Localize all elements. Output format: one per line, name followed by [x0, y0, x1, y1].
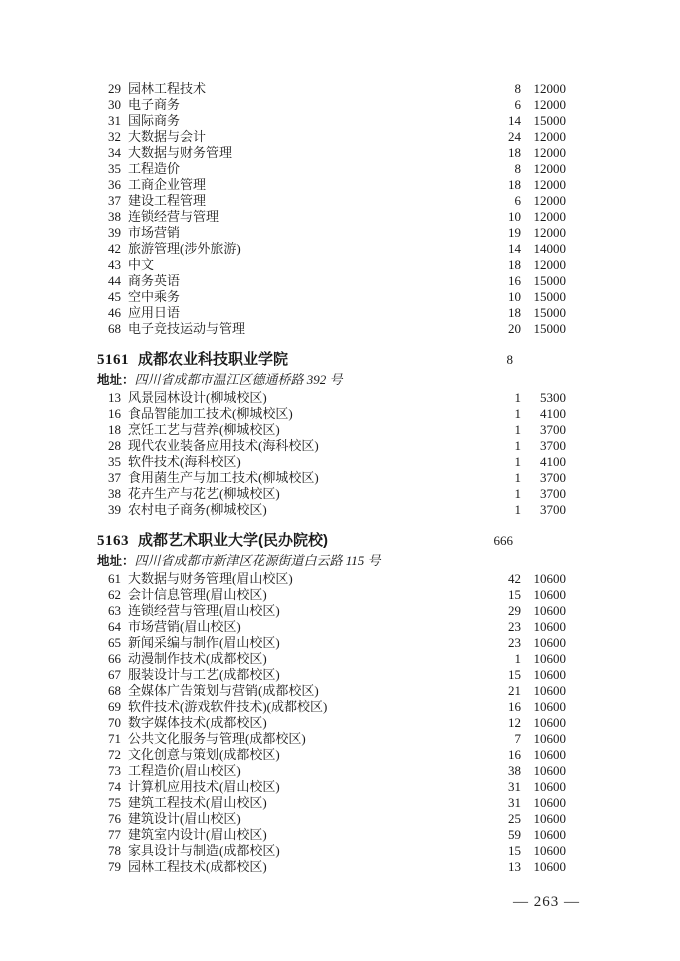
major-name: 文化创意与策划(成都校区): [121, 747, 467, 763]
tuition-fee: 3700: [521, 438, 566, 454]
plan-count: 6: [467, 97, 521, 113]
major-name: 建筑工程技术(眉山校区): [121, 795, 467, 811]
major-number: 78: [97, 843, 121, 859]
major-row: 72 文化创意与策划(成都校区) 16 10600: [97, 747, 566, 763]
major-row: 16 食品智能加工技术(柳城校区) 1 4100: [97, 406, 566, 422]
major-name: 花卉生产与花艺(柳城校区): [121, 486, 467, 502]
major-name: 动漫制作技术(成都校区): [121, 651, 467, 667]
college-code: 5161: [97, 352, 129, 368]
address-text: 四川省成都市温江区德通桥路 392 号: [135, 372, 343, 387]
college-address-line: 地址：四川省成都市温江区德通桥路 392 号: [97, 370, 566, 390]
major-number: 34: [97, 145, 121, 161]
college-row-list: 13 风景园林设计(柳城校区) 1 5300 16 食品智能加工技术(柳城校区)…: [97, 390, 566, 518]
plan-count: 31: [467, 795, 521, 811]
tuition-fee: 10600: [521, 619, 566, 635]
major-row: 38 连锁经营与管理 10 12000: [97, 209, 566, 225]
major-row: 29 园林工程技术 8 12000: [97, 81, 566, 97]
major-row: 38 花卉生产与花艺(柳城校区) 1 3700: [97, 486, 566, 502]
major-name: 国际商务: [121, 113, 467, 129]
major-row: 35 软件技术(海科校区) 1 4100: [97, 454, 566, 470]
major-number: 61: [97, 571, 121, 587]
major-name: 大数据与财务管理: [121, 145, 467, 161]
major-row: 39 市场营销 19 12000: [97, 225, 566, 241]
plan-count: 16: [467, 747, 521, 763]
major-name: 园林工程技术(成都校区): [121, 859, 467, 875]
major-row: 69 软件技术(游戏软件技术)(成都校区) 16 10600: [97, 699, 566, 715]
major-name: 工程造价: [121, 161, 467, 177]
tuition-fee: 10600: [521, 603, 566, 619]
major-row: 34 大数据与财务管理 18 12000: [97, 145, 566, 161]
major-name: 家具设计与制造(成都校区): [121, 843, 467, 859]
major-name: 旅游管理(涉外旅游): [121, 241, 467, 257]
major-row: 75 建筑工程技术(眉山校区) 31 10600: [97, 795, 566, 811]
tuition-fee: 15000: [521, 321, 566, 337]
plan-count: 7: [467, 731, 521, 747]
tuition-fee: 3700: [521, 470, 566, 486]
major-row: 45 空中乘务 10 15000: [97, 289, 566, 305]
major-name: 工程造价(眉山校区): [121, 763, 467, 779]
major-row: 79 园林工程技术(成都校区) 13 10600: [97, 859, 566, 875]
college-section: 5163成都艺术职业大学(民办院校) 666 地址：四川省成都市新津区花源街道白…: [97, 531, 566, 875]
plan-count: 1: [467, 470, 521, 486]
tuition-fee: 4100: [521, 406, 566, 422]
major-number: 46: [97, 305, 121, 321]
tuition-fee: 12000: [521, 81, 566, 97]
college-sections: 5161成都农业科技职业学院 8 地址：四川省成都市温江区德通桥路 392 号 …: [97, 350, 566, 875]
major-row: 36 工商企业管理 18 12000: [97, 177, 566, 193]
tuition-fee: 12000: [521, 257, 566, 273]
major-row: 32 大数据与会计 24 12000: [97, 129, 566, 145]
college-name: 成都艺术职业大学(民办院校): [138, 532, 328, 549]
college-total-count: 8: [467, 350, 521, 370]
college-section: 5161成都农业科技职业学院 8 地址：四川省成都市温江区德通桥路 392 号 …: [97, 350, 566, 518]
address-label: 地址：: [97, 373, 135, 387]
college-header: 5161成都农业科技职业学院 8: [97, 350, 566, 370]
tuition-fee: 15000: [521, 289, 566, 305]
plan-count: 18: [467, 305, 521, 321]
plan-count: 14: [467, 113, 521, 129]
major-number: 79: [97, 859, 121, 875]
major-name: 连锁经营与管理: [121, 209, 467, 225]
major-name: 烹饪工艺与营养(柳城校区): [121, 422, 467, 438]
tuition-fee: 15000: [521, 305, 566, 321]
major-name: 风景园林设计(柳城校区): [121, 390, 467, 406]
major-row: 43 中文 18 12000: [97, 257, 566, 273]
major-name: 中文: [121, 257, 467, 273]
major-row: 78 家具设计与制造(成都校区) 15 10600: [97, 843, 566, 859]
plan-count: 19: [467, 225, 521, 241]
plan-count: 15: [467, 667, 521, 683]
plan-count: 13: [467, 859, 521, 875]
row-list-continuation: 29 园林工程技术 8 12000 30 电子商务 6 12000 31 国际商…: [97, 81, 566, 337]
major-name: 农村电子商务(柳城校区): [121, 502, 467, 518]
plan-count: 15: [467, 587, 521, 603]
plan-count: 1: [467, 454, 521, 470]
major-name: 大数据与会计: [121, 129, 467, 145]
tuition-fee: 10600: [521, 667, 566, 683]
major-number: 32: [97, 129, 121, 145]
major-number: 73: [97, 763, 121, 779]
major-row: 42 旅游管理(涉外旅游) 14 14000: [97, 241, 566, 257]
plan-count: 1: [467, 390, 521, 406]
major-name: 数字媒体技术(成都校区): [121, 715, 467, 731]
page-number: — 263 —: [513, 894, 580, 911]
college-code: 5163: [97, 533, 129, 549]
plan-count: 38: [467, 763, 521, 779]
college-row-list: 61 大数据与财务管理(眉山校区) 42 10600 62 会计信息管理(眉山校…: [97, 571, 566, 875]
major-number: 31: [97, 113, 121, 129]
major-number: 63: [97, 603, 121, 619]
tuition-fee: 10600: [521, 811, 566, 827]
plan-count: 29: [467, 603, 521, 619]
major-row: 30 电子商务 6 12000: [97, 97, 566, 113]
major-name: 公共文化服务与管理(成都校区): [121, 731, 467, 747]
major-number: 36: [97, 177, 121, 193]
major-row: 35 工程造价 8 12000: [97, 161, 566, 177]
major-row: 61 大数据与财务管理(眉山校区) 42 10600: [97, 571, 566, 587]
major-number: 29: [97, 81, 121, 97]
major-row: 37 建设工程管理 6 12000: [97, 193, 566, 209]
plan-count: 20: [467, 321, 521, 337]
tuition-fee: 10600: [521, 635, 566, 651]
major-name: 市场营销(眉山校区): [121, 619, 467, 635]
plan-count: 18: [467, 145, 521, 161]
major-number: 69: [97, 699, 121, 715]
major-name: 全媒体广告策划与营销(成都校区): [121, 683, 467, 699]
major-row: 68 全媒体广告策划与营销(成都校区) 21 10600: [97, 683, 566, 699]
major-row: 67 服装设计与工艺(成都校区) 15 10600: [97, 667, 566, 683]
tuition-fee: 10600: [521, 731, 566, 747]
major-name: 建筑室内设计(眉山校区): [121, 827, 467, 843]
major-number: 39: [97, 502, 121, 518]
major-name: 软件技术(游戏软件技术)(成都校区): [121, 699, 467, 715]
plan-count: 18: [467, 257, 521, 273]
major-number: 45: [97, 289, 121, 305]
major-name: 工商企业管理: [121, 177, 467, 193]
major-row: 76 建筑设计(眉山校区) 25 10600: [97, 811, 566, 827]
plan-count: 10: [467, 209, 521, 225]
major-row: 74 计算机应用技术(眉山校区) 31 10600: [97, 779, 566, 795]
plan-count: 23: [467, 635, 521, 651]
plan-count: 23: [467, 619, 521, 635]
major-number: 70: [97, 715, 121, 731]
major-number: 16: [97, 406, 121, 422]
college-header: 5163成都艺术职业大学(民办院校) 666: [97, 531, 566, 551]
admission-plan-table: 29 园林工程技术 8 12000 30 电子商务 6 12000 31 国际商…: [97, 81, 566, 875]
major-number: 39: [97, 225, 121, 241]
plan-count: 1: [467, 486, 521, 502]
plan-count: 10: [467, 289, 521, 305]
plan-count: 21: [467, 683, 521, 699]
plan-count: 14: [467, 241, 521, 257]
major-name: 食品智能加工技术(柳城校区): [121, 406, 467, 422]
major-name: 大数据与财务管理(眉山校区): [121, 571, 467, 587]
major-row: 68 电子竞技运动与管理 20 15000: [97, 321, 566, 337]
plan-count: 8: [467, 161, 521, 177]
tuition-fee: 15000: [521, 113, 566, 129]
major-number: 77: [97, 827, 121, 843]
address-label: 地址：: [97, 554, 135, 568]
tuition-fee: 12000: [521, 161, 566, 177]
major-name: 建设工程管理: [121, 193, 467, 209]
tuition-fee: 12000: [521, 129, 566, 145]
major-name: 会计信息管理(眉山校区): [121, 587, 467, 603]
major-number: 76: [97, 811, 121, 827]
major-row: 28 现代农业装备应用技术(海科校区) 1 3700: [97, 438, 566, 454]
major-name: 服装设计与工艺(成都校区): [121, 667, 467, 683]
tuition-fee: 5300: [521, 390, 566, 406]
major-row: 65 新闻采编与制作(眉山校区) 23 10600: [97, 635, 566, 651]
tuition-fee: 10600: [521, 763, 566, 779]
major-number: 42: [97, 241, 121, 257]
major-number: 65: [97, 635, 121, 651]
tuition-fee: 12000: [521, 97, 566, 113]
plan-count: 1: [467, 406, 521, 422]
major-number: 35: [97, 454, 121, 470]
tuition-fee: 10600: [521, 651, 566, 667]
major-name: 计算机应用技术(眉山校区): [121, 779, 467, 795]
plan-count: 16: [467, 699, 521, 715]
major-row: 66 动漫制作技术(成都校区) 1 10600: [97, 651, 566, 667]
major-name: 市场营销: [121, 225, 467, 241]
tuition-fee: 10600: [521, 747, 566, 763]
plan-count: 42: [467, 571, 521, 587]
tuition-fee: 15000: [521, 273, 566, 289]
major-number: 72: [97, 747, 121, 763]
major-number: 71: [97, 731, 121, 747]
tuition-fee: 12000: [521, 209, 566, 225]
plan-count: 59: [467, 827, 521, 843]
tuition-fee: 14000: [521, 241, 566, 257]
tuition-fee: 12000: [521, 145, 566, 161]
major-number: 67: [97, 667, 121, 683]
major-name: 应用日语: [121, 305, 467, 321]
tuition-fee: 3700: [521, 502, 566, 518]
major-row: 44 商务英语 16 15000: [97, 273, 566, 289]
document-page: 29 园林工程技术 8 12000 30 电子商务 6 12000 31 国际商…: [0, 0, 680, 961]
plan-count: 12: [467, 715, 521, 731]
tuition-fee: 3700: [521, 422, 566, 438]
major-row: 77 建筑室内设计(眉山校区) 59 10600: [97, 827, 566, 843]
major-row: 62 会计信息管理(眉山校区) 15 10600: [97, 587, 566, 603]
major-name: 商务英语: [121, 273, 467, 289]
major-name: 连锁经营与管理(眉山校区): [121, 603, 467, 619]
tuition-fee: 10600: [521, 587, 566, 603]
major-number: 68: [97, 683, 121, 699]
tuition-fee: 10600: [521, 795, 566, 811]
plan-count: 24: [467, 129, 521, 145]
plan-count: 1: [467, 438, 521, 454]
plan-count: 15: [467, 843, 521, 859]
major-row: 39 农村电子商务(柳城校区) 1 3700: [97, 502, 566, 518]
major-number: 37: [97, 193, 121, 209]
plan-count: 8: [467, 81, 521, 97]
tuition-fee: 12000: [521, 177, 566, 193]
major-name: 现代农业装备应用技术(海科校区): [121, 438, 467, 454]
major-name: 园林工程技术: [121, 81, 467, 97]
tuition-fee: 10600: [521, 699, 566, 715]
major-number: 13: [97, 390, 121, 406]
major-number: 66: [97, 651, 121, 667]
major-row: 63 连锁经营与管理(眉山校区) 29 10600: [97, 603, 566, 619]
tuition-fee: 10600: [521, 859, 566, 875]
major-name: 新闻采编与制作(眉山校区): [121, 635, 467, 651]
major-number: 18: [97, 422, 121, 438]
major-row: 64 市场营销(眉山校区) 23 10600: [97, 619, 566, 635]
tuition-fee: 10600: [521, 683, 566, 699]
tuition-fee: 10600: [521, 827, 566, 843]
major-number: 62: [97, 587, 121, 603]
major-row: 18 烹饪工艺与营养(柳城校区) 1 3700: [97, 422, 566, 438]
major-number: 64: [97, 619, 121, 635]
plan-count: 1: [467, 651, 521, 667]
college-total-count: 666: [467, 531, 521, 551]
major-number: 30: [97, 97, 121, 113]
major-row: 31 国际商务 14 15000: [97, 113, 566, 129]
plan-count: 1: [467, 422, 521, 438]
major-number: 43: [97, 257, 121, 273]
major-name: 建筑设计(眉山校区): [121, 811, 467, 827]
plan-count: 6: [467, 193, 521, 209]
major-number: 68: [97, 321, 121, 337]
address-text: 四川省成都市新津区花源街道白云路 115 号: [135, 553, 381, 568]
college-title: 5163成都艺术职业大学(民办院校): [97, 531, 467, 551]
plan-count: 18: [467, 177, 521, 193]
major-number: 75: [97, 795, 121, 811]
tuition-fee: 3700: [521, 486, 566, 502]
major-number: 44: [97, 273, 121, 289]
tuition-fee: 10600: [521, 571, 566, 587]
college-title: 5161成都农业科技职业学院: [97, 350, 467, 370]
major-row: 46 应用日语 18 15000: [97, 305, 566, 321]
major-row: 37 食用菌生产与加工技术(柳城校区) 1 3700: [97, 470, 566, 486]
tuition-fee: 12000: [521, 225, 566, 241]
major-name: 空中乘务: [121, 289, 467, 305]
college-address-line: 地址：四川省成都市新津区花源街道白云路 115 号: [97, 551, 566, 571]
major-row: 13 风景园林设计(柳城校区) 1 5300: [97, 390, 566, 406]
major-number: 37: [97, 470, 121, 486]
major-row: 73 工程造价(眉山校区) 38 10600: [97, 763, 566, 779]
plan-count: 16: [467, 273, 521, 289]
tuition-fee: 10600: [521, 779, 566, 795]
major-number: 38: [97, 209, 121, 225]
major-number: 28: [97, 438, 121, 454]
plan-count: 31: [467, 779, 521, 795]
college-name: 成都农业科技职业学院: [138, 351, 288, 368]
tuition-fee: 4100: [521, 454, 566, 470]
tuition-fee: 10600: [521, 843, 566, 859]
major-number: 38: [97, 486, 121, 502]
tuition-fee: 10600: [521, 715, 566, 731]
major-name: 软件技术(海科校区): [121, 454, 467, 470]
major-name: 食用菌生产与加工技术(柳城校区): [121, 470, 467, 486]
tuition-fee: 12000: [521, 193, 566, 209]
major-row: 70 数字媒体技术(成都校区) 12 10600: [97, 715, 566, 731]
major-number: 74: [97, 779, 121, 795]
plan-count: 25: [467, 811, 521, 827]
major-name: 电子商务: [121, 97, 467, 113]
plan-count: 1: [467, 502, 521, 518]
major-row: 71 公共文化服务与管理(成都校区) 7 10600: [97, 731, 566, 747]
major-name: 电子竞技运动与管理: [121, 321, 467, 337]
major-number: 35: [97, 161, 121, 177]
